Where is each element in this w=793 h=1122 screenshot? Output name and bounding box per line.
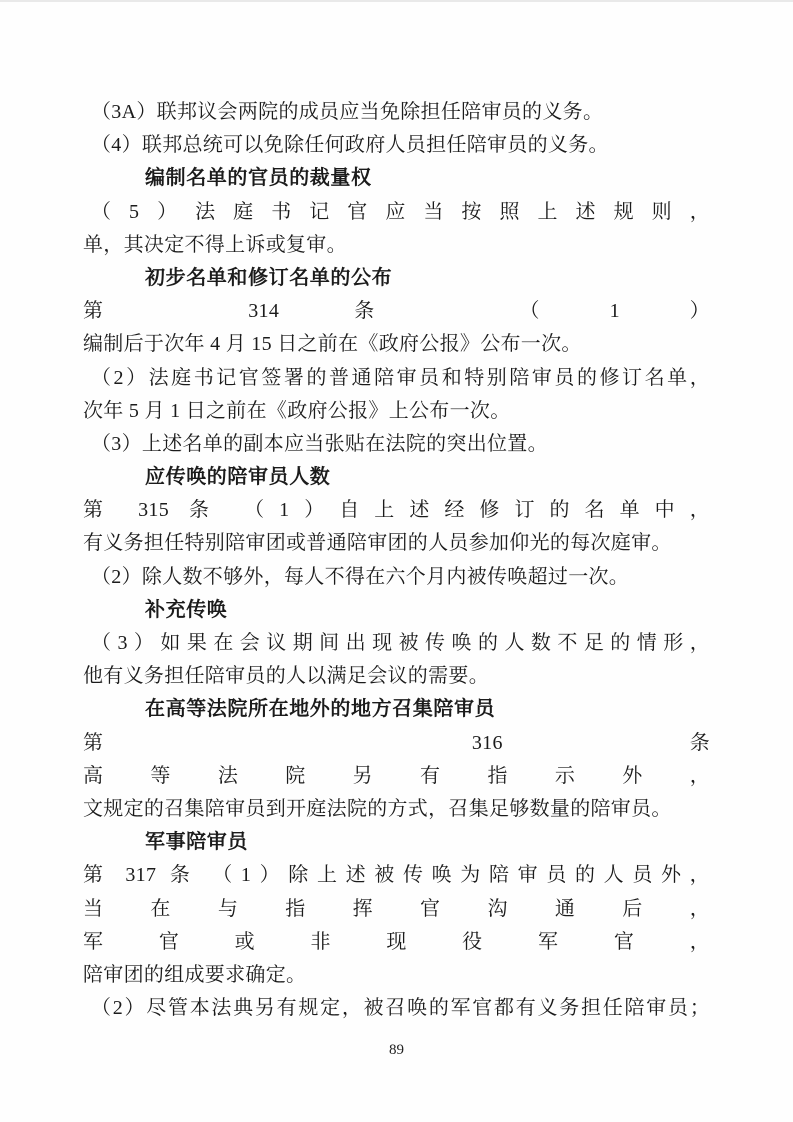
text-line: 他有义务担任陪审员的人以满足会议的需要。 [83,660,710,693]
scan-edge [0,0,793,2]
text-line: 次年 5 月 1 日之前在《政府公报》上公布一次。 [83,395,710,428]
section-heading: 在高等法院所在地外的地方召集陪审员 [83,693,710,726]
page-number: 89 [0,1042,793,1059]
text-line: 第 314 条 （1）法庭书记官签署的普通陪审员和特别陪审员的初步名单，应当在 [83,295,710,328]
document-page: （3A）联邦议会两院的成员应当免除担任陪审员的义务。 （4）联邦总统可以免除任何… [0,0,793,1122]
text-line: （3A）联邦议会两院的成员应当免除担任陪审员的义务。 [83,96,710,129]
text-line: （2）法庭书记官签署的普通陪审员和特别陪审员的修订名单，应当在备制后于 [83,362,710,395]
text-line: 单，其决定不得上诉或复审。 [83,229,710,262]
text-line: （4）联邦总统可以免除任何政府人员担任陪审员的义务。 [83,129,710,162]
text-line: 文规定的召集陪审员到开庭法院的方式，召集足够数量的陪审员。 [83,793,710,826]
section-heading: 补充传唤 [83,594,710,627]
text-line: （5）法庭书记官应当按照上述规则，酌情按照自身认为适当的方式编制上述名 [83,196,710,229]
text-line: 第 316 条 当高等法院宣布在仰光以外的地方开庭以行使初审刑事管辖权时，除 [83,727,710,760]
section-heading: 应传唤的陪审员人数 [83,461,710,494]
text-line: （3）如果在会议期间出现被传唤的人数不足的情形，应当按照上述方式召唤其 [83,627,710,660]
section-heading: 编制名单的官员的裁量权 [83,162,710,195]
text-line: （2）尽管本法典另有规定，被召唤的军官都有义务担任陪审员；但指挥官以紧 [83,992,710,1025]
text-line: 编制后于次年 4 月 15 日之前在《政府公报》公布一次。 [83,328,710,361]
text-line: 当在与指挥官沟通后，传唤居住在开庭地点十英里范围内的缅甸陆军或空军现役 [83,893,710,926]
text-line: 第 317 条 （1）除上述被传唤为陪审员的人员外，如果开庭法院认为有必要，应 [83,859,710,892]
section-heading: 军事陪审员 [83,826,710,859]
text-line: 第 315 条 （1）自上述经修订的名单中，法庭书记官根据需要分别传唤足够数量 [83,494,710,527]
text-line: （2）除人数不够外，每人不得在六个月内被传唤超过一次。 [83,561,710,594]
text-line: （3）上述名单的副本应当张贴在法院的突出位置。 [83,428,710,461]
document-content: （3A）联邦议会两院的成员应当免除担任陪审员的义务。 （4）联邦总统可以免除任何… [83,96,710,1025]
text-line: 有义务担任特别陪审团或普通陪审团的人员参加仰光的每次庭审。 [83,527,710,560]
text-line: 高等法院另有指示外，该地方的开庭法院应当从其自身的陪审员名单中，按照下 [83,760,710,793]
text-line: 军官或非现役军官，人数由该法院依据审理前述高等法院所受理被指控人员所需 [83,926,710,959]
section-heading: 初步名单和修订名单的公布 [83,262,710,295]
text-line: 陪审团的组成要求确定。 [83,959,710,992]
